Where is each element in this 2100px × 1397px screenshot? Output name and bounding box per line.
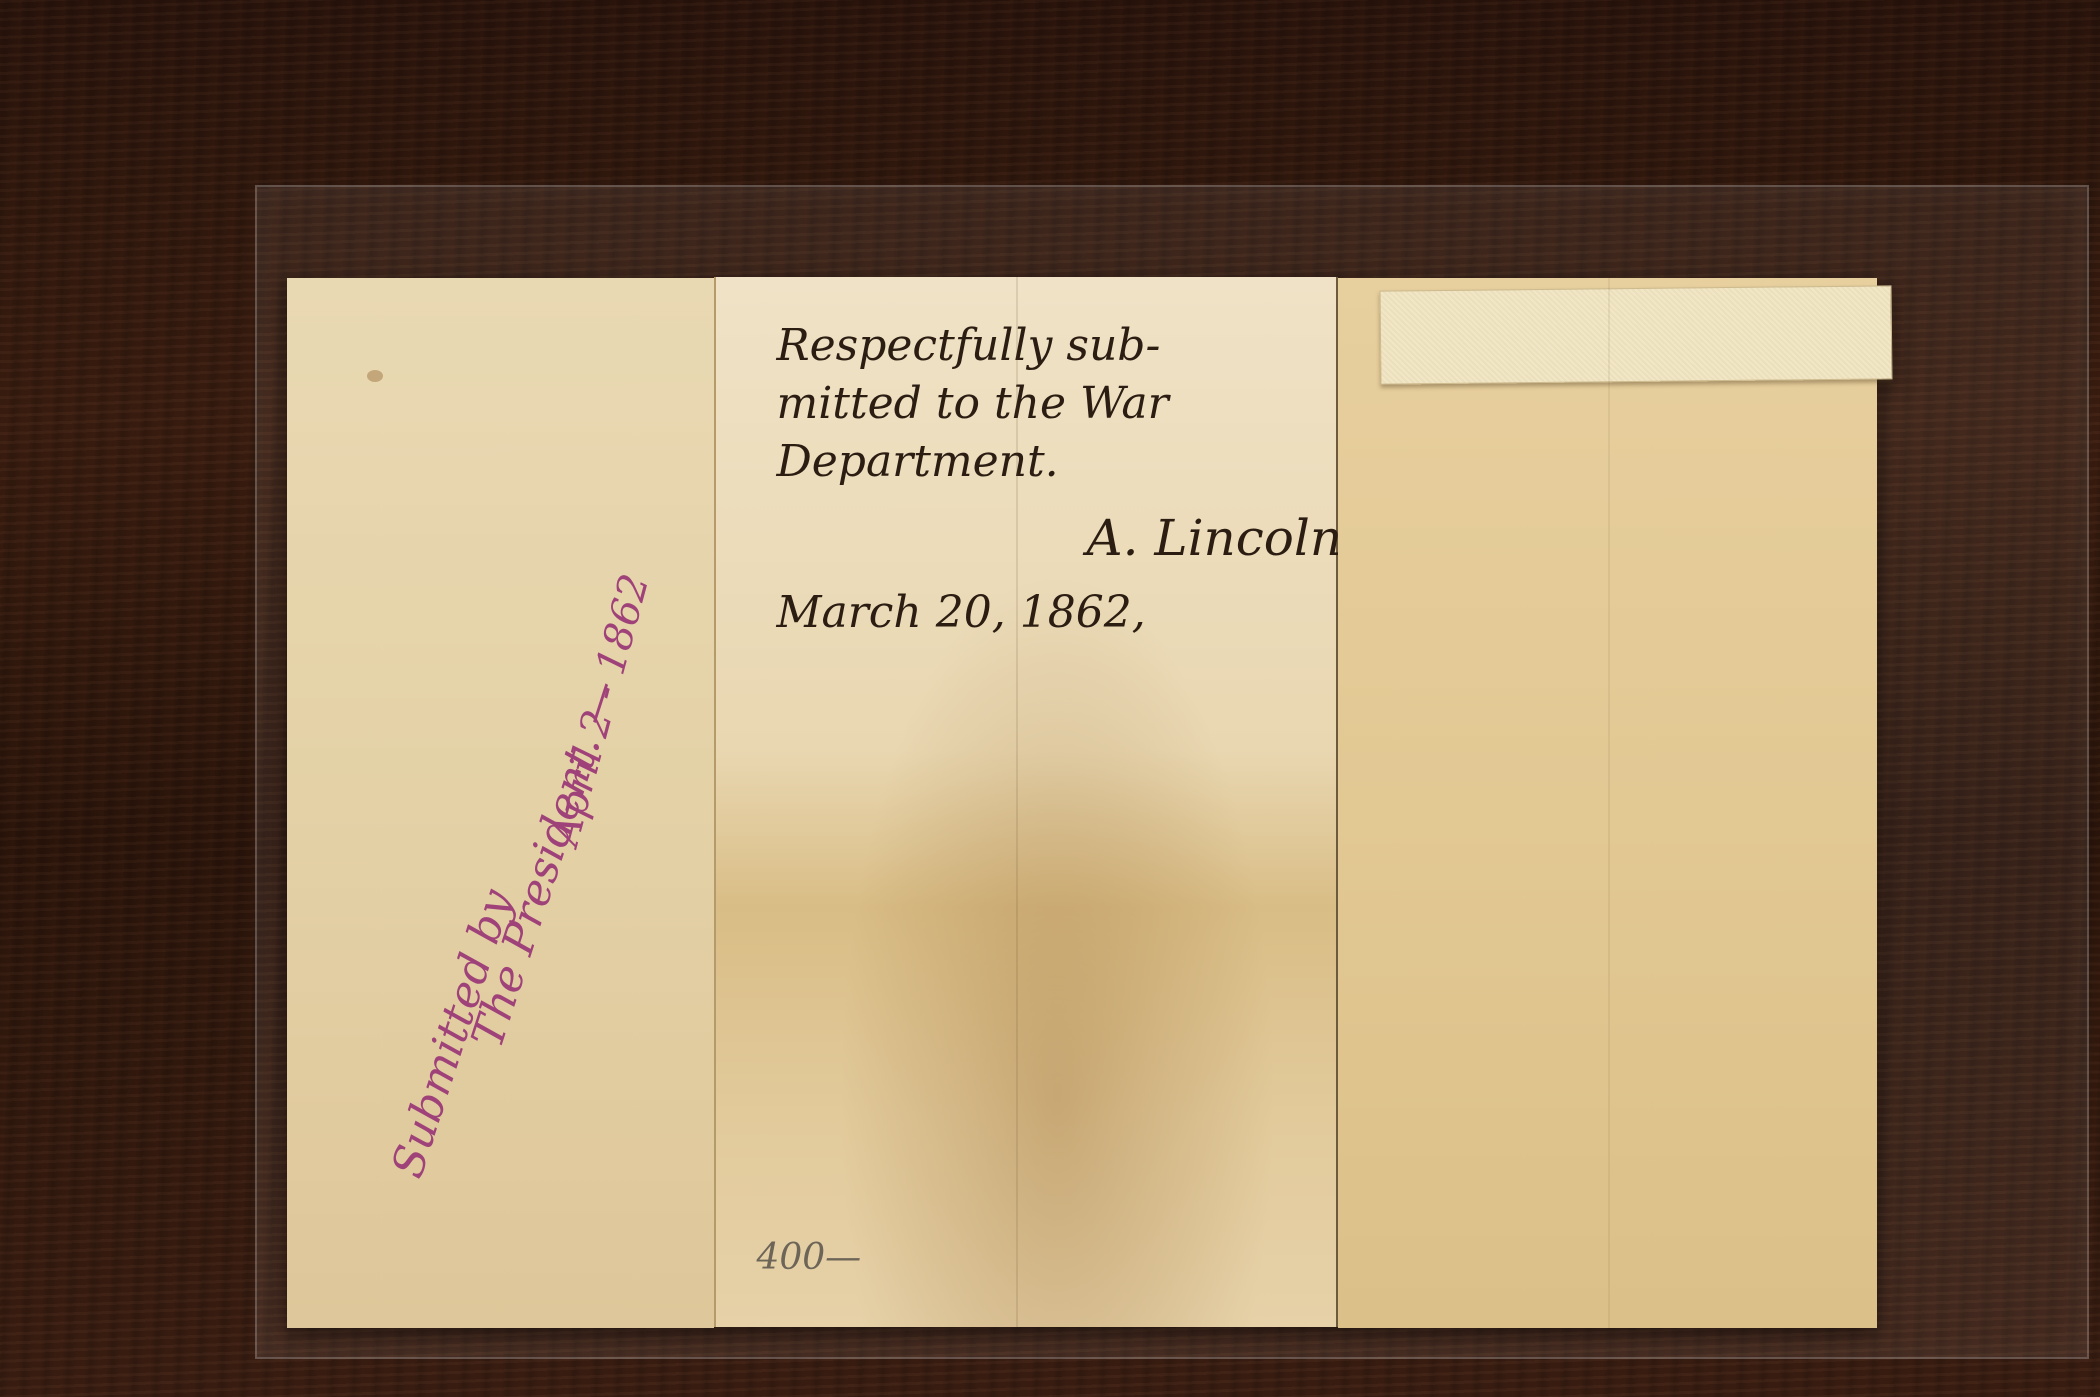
endorsement-line-2: mitted to the War xyxy=(776,375,1168,433)
right-panel xyxy=(1338,278,1877,1328)
left-panel: Submitted by The President. — April 2 - … xyxy=(287,278,714,1328)
fold-crease xyxy=(1016,277,1018,1327)
pencil-price-note: 400— xyxy=(756,1237,861,1278)
endorsement-line-3: Department. xyxy=(776,433,1168,491)
lincoln-signature: A. Lincoln xyxy=(1086,509,1342,567)
middle-panel: Respectfully sub- mitted to the War Depa… xyxy=(714,277,1337,1327)
march-date-text: March 20, 1862, xyxy=(776,587,1145,638)
endorsement-line-1: Respectfully sub- xyxy=(776,317,1168,375)
folded-letter: Submitted by The President. — April 2 - … xyxy=(287,278,1877,1328)
cloth-ribbon-tab xyxy=(1379,285,1892,384)
ink-spot xyxy=(367,370,383,382)
fold-crease xyxy=(1608,278,1610,1328)
april-date-text: April 2 - 1862 xyxy=(542,569,658,850)
endorsement-text: Respectfully sub- mitted to the War Depa… xyxy=(776,317,1168,491)
